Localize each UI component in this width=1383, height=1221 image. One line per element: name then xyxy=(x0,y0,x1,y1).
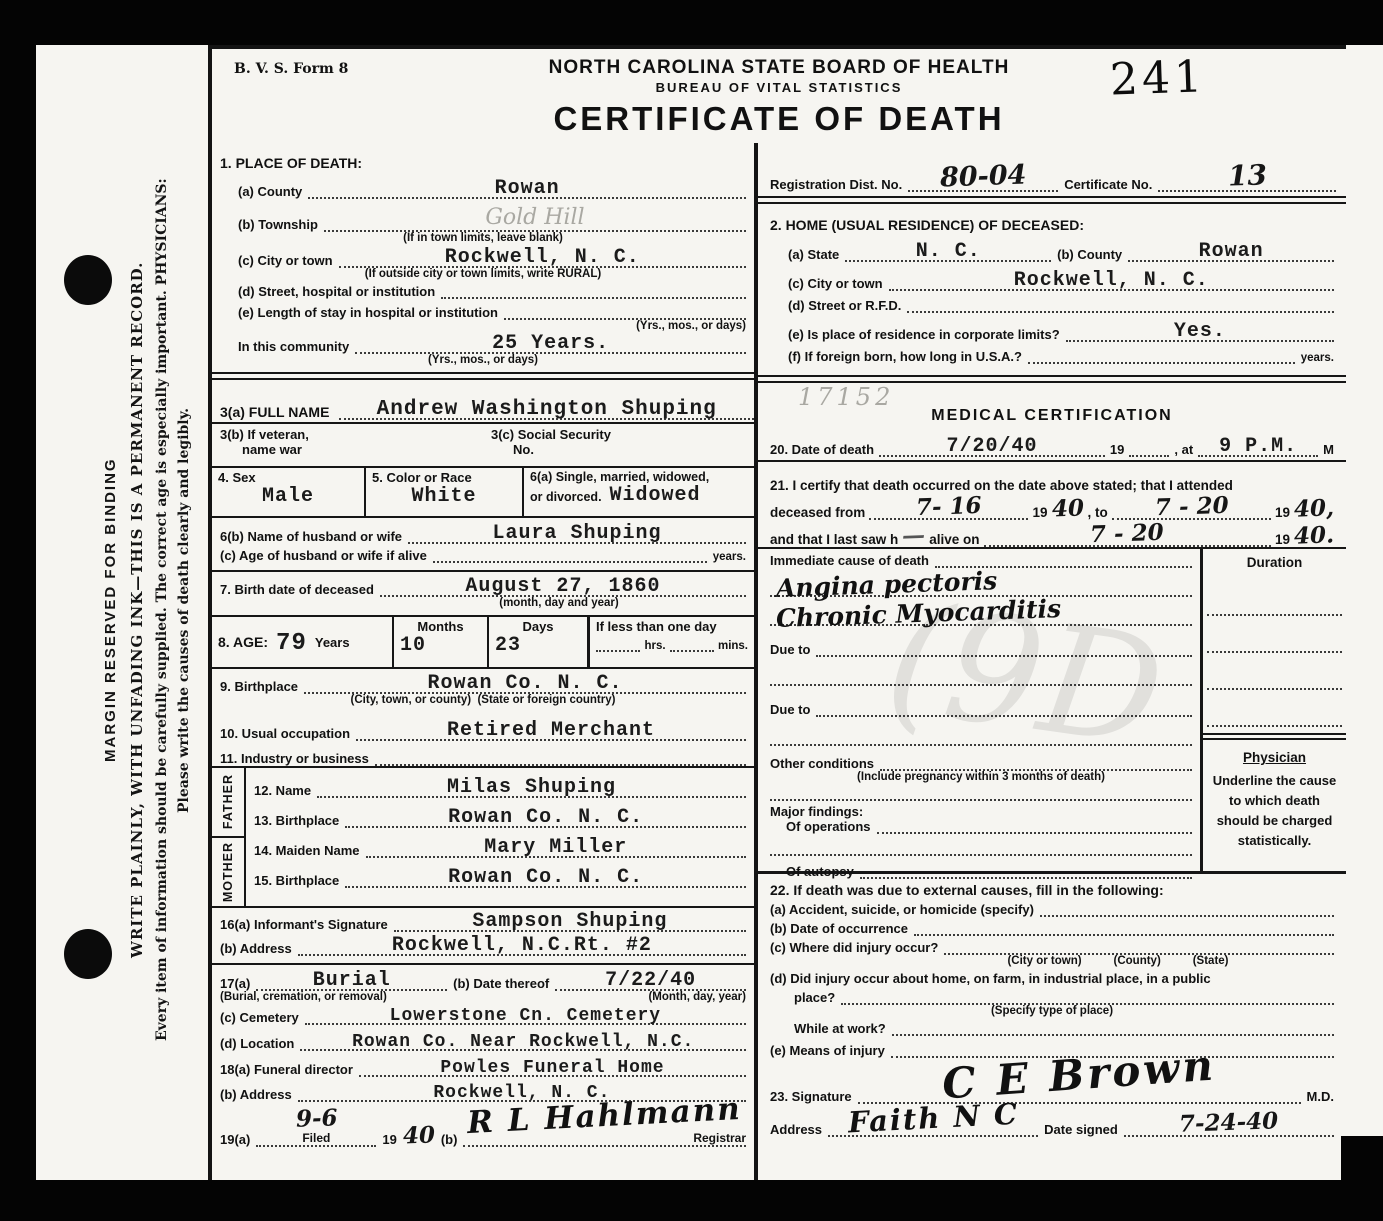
other-conditions-hint: (Include pregnancy within 3 months of de… xyxy=(857,771,1105,783)
father-name-field: Milas Shuping xyxy=(317,776,746,798)
cemetery-label: (c) Cemetery xyxy=(220,1010,299,1025)
certificate-form: B. V. S. Form 8 NORTH CAROLINA STATE BOA… xyxy=(208,45,1346,1180)
date-signed-label: Date signed xyxy=(1044,1122,1118,1137)
last-saw-field: 7 - 20 xyxy=(984,522,1271,547)
duration-physician-box: Duration Physician Underline the cause t… xyxy=(1200,549,1346,871)
burial-date-field: 7/22/40 xyxy=(555,969,746,991)
age-label: 8. AGE: xyxy=(218,634,268,650)
md-label: M.D. xyxy=(1307,1089,1334,1104)
stay-field xyxy=(504,306,746,320)
divider xyxy=(212,372,754,380)
home-foreign-suffix: years. xyxy=(1301,352,1334,364)
father-birthplace-field: Rowan Co. N. C. xyxy=(345,806,746,828)
father-birthplace-label: 13. Birthplace xyxy=(254,813,339,828)
home-street-field xyxy=(907,299,1334,313)
certify-line1: 21. I certify that death occurred on the… xyxy=(770,478,1233,493)
burial-block: 17(a) Burial (b) Date thereof 7/22/40 (B… xyxy=(212,963,754,1147)
mother-side-label: MOTHER xyxy=(221,842,235,902)
duration-heading: Duration xyxy=(1203,549,1346,570)
pencil-number-row: 17152 xyxy=(758,383,1346,407)
city-label: (c) City or town xyxy=(238,253,333,268)
veteran-label: 3(b) If veteran, xyxy=(220,427,475,442)
home-street-label: (d) Street or R.F.D. xyxy=(788,298,901,313)
form-header: B. V. S. Form 8 NORTH CAROLINA STATE BOA… xyxy=(212,49,1346,143)
burial-date-hint: (Month, day, year) xyxy=(648,991,746,1003)
birth-label: 7. Birth date of deceased xyxy=(220,582,374,597)
community-field: 25 Years. xyxy=(355,332,746,354)
physician-signature-field: C E Brown xyxy=(858,1068,1301,1104)
home-city-field: Rockwell, N. C. xyxy=(889,269,1334,291)
physician-address: Faith N C xyxy=(847,1104,1019,1133)
filed-year-value: 40 xyxy=(402,1123,435,1147)
mother-name-label: 14. Maiden Name xyxy=(254,843,360,858)
certificate-title: CERTIFICATE OF DEATH xyxy=(212,100,1346,138)
certificate-no-field: 13 xyxy=(1158,162,1336,192)
registration-row: Registration Dist. No. 80-04 Certificate… xyxy=(758,143,1346,196)
home-foreign-label: (f) If foreign born, how long in U.S.A.? xyxy=(788,349,1022,364)
date-of-death-row: 20. Date of death 7/20/40 19 , at 9 P.M.… xyxy=(758,433,1346,462)
township-hint: (If in town limits, leave blank) xyxy=(403,232,563,244)
location-label: (d) Location xyxy=(220,1036,294,1051)
county-field: Rowan xyxy=(308,177,746,199)
street-label: (d) Street, hospital or institution xyxy=(238,284,435,299)
filed-label: Filed xyxy=(256,1131,376,1145)
attended-from-field: 7- 16 xyxy=(869,495,1028,520)
home-foreign-field xyxy=(1028,350,1295,364)
community-label: In this community xyxy=(238,339,349,354)
age-months-unit: Months xyxy=(400,619,481,634)
time-of-death-field: 9 P.M. xyxy=(1198,435,1318,457)
section-place-of-death: 1. PLACE OF DEATH: (a) County Rowan (b) … xyxy=(212,143,754,372)
physician-note: Underline the cause to which death shoul… xyxy=(1203,765,1346,852)
divider xyxy=(758,196,1346,204)
mother-birthplace-label: 15. Birthplace xyxy=(254,873,339,888)
scan-corner-notch xyxy=(1341,1136,1383,1180)
birth-date-row: 7. Birth date of deceased August 27, 186… xyxy=(212,570,754,615)
community-hint: (Yrs., mos., or days) xyxy=(428,354,538,366)
informant-rows: 16(a) Informant's Signature Sampson Shup… xyxy=(212,906,754,963)
due-to-1-label: Due to xyxy=(770,642,810,657)
age-less-label: If less than one day xyxy=(596,619,748,634)
home-county-label: (b) County xyxy=(1057,247,1122,262)
filed-b-label: (b) xyxy=(441,1132,458,1147)
margin-note-legibly: Please write the causes of death clearly… xyxy=(176,75,192,1145)
father-side-label: FATHER xyxy=(221,774,235,829)
industry-label: 11. Industry or business xyxy=(220,751,369,766)
other-conditions-label: Other conditions xyxy=(770,756,874,771)
right-column: Registration Dist. No. 80-04 Certificate… xyxy=(758,143,1346,1180)
registration-dist-field: 80-04 xyxy=(908,163,1058,192)
birthplace-field: Rowan Co. N. C. xyxy=(304,672,746,694)
age-mins: mins. xyxy=(718,640,748,652)
informant-signature-label: 16(a) Informant's Signature xyxy=(220,917,388,932)
due-to-2-label: Due to xyxy=(770,702,810,717)
funeral-director-field: Powles Funeral Home xyxy=(359,1057,746,1077)
veteran-row: 3(b) If veteran, name war 3(c) Social Se… xyxy=(212,422,754,466)
father-name-label: 12. Name xyxy=(254,783,311,798)
external-c-label: (c) Where did injury occur? xyxy=(770,940,938,955)
signature-address-field: Faith N C xyxy=(828,1110,1038,1137)
home-city-label: (c) City or town xyxy=(788,276,883,291)
sex-race-marital-row: 4. Sex Male 5. Color or Race White 6(a) … xyxy=(212,466,754,516)
race-label: 5. Color or Race xyxy=(372,470,516,485)
cause-line-2: Chronic Myocarditis xyxy=(770,597,1192,626)
home-state-field: N. C. xyxy=(845,240,1051,262)
external-heading: 22. If death was due to external causes,… xyxy=(770,882,1164,898)
autopsy-label: Of autopsy xyxy=(786,864,854,879)
external-work-label: While at work? xyxy=(794,1021,886,1036)
industry-field xyxy=(375,752,746,766)
age-years-value: 79 xyxy=(276,632,307,656)
attended-to-field: 7 - 20 xyxy=(1112,495,1271,520)
full-name-label: 3(a) FULL NAME xyxy=(220,404,329,420)
funeral-address-label: (b) Address xyxy=(220,1087,292,1102)
age-row: 8. AGE: 79 Years Months 10 Days 23 xyxy=(212,615,754,667)
township-label: (b) Township xyxy=(238,217,318,232)
stamp-number: 241 xyxy=(1109,51,1207,105)
spouse-age-field xyxy=(433,549,707,563)
marital-label: 6(a) Single, married, widowed, xyxy=(530,470,748,484)
home-corporate-field: Yes. xyxy=(1066,320,1334,342)
age-days-value: 23 xyxy=(495,634,521,657)
mother-name-field: Mary Miller xyxy=(366,836,747,858)
home-corporate-label: (e) Is place of residence in corporate l… xyxy=(788,327,1060,342)
external-d-hint: (Specify type of place) xyxy=(991,1005,1113,1017)
burial-type-field: Burial xyxy=(256,969,447,991)
burial-num: 17(a) xyxy=(220,976,250,991)
location-field: Rowan Co. Near Rockwell, N.C. xyxy=(300,1031,746,1051)
signature-address-label: Address xyxy=(770,1122,822,1137)
physician-signature: C E Brown xyxy=(941,1050,1216,1098)
certificate-paper: MARGIN RESERVED FOR BINDING WRITE PLAINL… xyxy=(36,45,1383,1180)
physician-signature-block: 23. Signature C E Brown M.D. Address Fai… xyxy=(758,1068,1346,1137)
age-hrs: hrs. xyxy=(644,640,665,652)
filed-row: 19(a) 9-6 Filed 19 40 (b) R L Hahlmann R… xyxy=(212,1102,754,1147)
certify-block: 21. I certify that death occurred on the… xyxy=(758,462,1346,547)
mother-birthplace-field: Rowan Co. N. C. xyxy=(345,866,746,888)
county-label: (a) County xyxy=(238,184,302,199)
certificate-no-label: Certificate No. xyxy=(1064,177,1152,192)
occupation-row: 10. Usual occupation Retired Merchant xyxy=(212,710,754,741)
full-name-row: 3(a) FULL NAME Andrew Washington Shuping xyxy=(212,380,754,422)
cause-line-1: Angina pectoris xyxy=(770,568,1192,597)
filed-year-pre: 19 xyxy=(382,1132,396,1147)
divider xyxy=(758,375,1346,383)
pencil-number: 17152 xyxy=(798,383,894,411)
physician-heading: Physician xyxy=(1203,750,1346,765)
section-home: 2. HOME (USUAL RESIDENCE) OF DECEASED: (… xyxy=(758,204,1346,375)
informant-address-label: (b) Address xyxy=(220,941,292,956)
date-signed-field: 7-24-40 xyxy=(1124,1111,1334,1137)
cause-of-death-area: (9D Immediate cause of death Angina pect… xyxy=(758,547,1346,871)
external-b-label: (b) Date of occurrence xyxy=(770,921,908,936)
birth-field: August 27, 1860 xyxy=(380,575,746,597)
age-months-value: 10 xyxy=(400,634,426,657)
spouse-age-suffix: years. xyxy=(713,551,746,563)
parents-block: FATHER MOTHER 12. Name Milas Shuping 13.… xyxy=(212,766,754,906)
funeral-director-label: 18(a) Funeral director xyxy=(220,1062,353,1077)
spouse-name-label: 6(b) Name of husband or wife xyxy=(220,529,402,544)
immediate-cause-label: Immediate cause of death xyxy=(770,553,929,568)
birthplace-row: 9. Birthplace Rowan Co. N. C. (City, tow… xyxy=(212,667,754,710)
spouse-rows: 6(b) Name of husband or wife Laura Shupi… xyxy=(212,516,754,570)
scanned-death-certificate: MARGIN RESERVED FOR BINDING WRITE PLAINL… xyxy=(0,0,1383,1221)
operations-label: Of operations xyxy=(786,819,871,834)
sex-label: 4. Sex xyxy=(218,470,358,485)
birthplace-hint: (City, town, or county) (State or foreig… xyxy=(351,694,616,706)
place-heading: 1. PLACE OF DEATH: xyxy=(220,155,362,171)
birthplace-label: 9. Birthplace xyxy=(220,679,298,694)
burial-date-label: (b) Date thereof xyxy=(453,976,549,991)
external-d-label: (d) Did injury occur about home, on farm… xyxy=(770,971,1211,986)
informant-signature-field: Sampson Shuping xyxy=(394,910,746,932)
date-of-death-label: 20. Date of death xyxy=(770,442,874,457)
informant-address-field: Rockwell, N.C.Rt. #2 xyxy=(298,934,746,956)
margin-note-binding: MARGIN RESERVED FOR BINDING xyxy=(102,75,119,1145)
full-name-field: Andrew Washington Shuping xyxy=(339,397,754,420)
burial-type-hint: (Burial, cremation, or removal) xyxy=(220,991,387,1003)
occupation-label: 10. Usual occupation xyxy=(220,726,350,741)
external-e-label: (e) Means of injury xyxy=(770,1043,885,1058)
age-days-unit: Days xyxy=(495,619,581,634)
township-field: Gold Hill xyxy=(324,205,746,232)
sex-value: Male xyxy=(262,485,314,508)
spouse-name-field: Laura Shuping xyxy=(408,522,746,544)
home-state-label: (a) State xyxy=(788,247,839,262)
occupation-field: Retired Merchant xyxy=(356,719,746,741)
city-field: Rockwell, N. C. xyxy=(339,246,746,268)
birth-hint: (month, day and year) xyxy=(499,597,619,609)
home-county-field: Rowan xyxy=(1128,240,1334,262)
age-years-unit: Years xyxy=(315,635,350,650)
industry-row: 11. Industry or business xyxy=(212,741,754,766)
external-a-label: (a) Accident, suicide, or homicide (spec… xyxy=(770,902,1034,917)
city-hint: (If outside city or town limits, write R… xyxy=(365,268,601,280)
stay-hint: (Yrs., mos., or days) xyxy=(636,320,746,332)
filed-date-field: 9-6 Filed xyxy=(256,1107,376,1147)
street-field xyxy=(441,285,746,299)
race-value: White xyxy=(411,485,476,508)
date-of-death-field: 7/20/40 xyxy=(879,435,1105,457)
major-findings-label: Major findings: xyxy=(770,804,863,819)
left-column: 1. PLACE OF DEATH: (a) County Rowan (b) … xyxy=(212,143,758,1180)
registration-dist-label: Registration Dist. No. xyxy=(770,177,902,192)
external-c-hint: (City or town) (County) (State) xyxy=(1007,955,1228,967)
margin-note-permanent: WRITE PLAINLY, WITH UNFADING INK—THIS IS… xyxy=(128,75,146,1145)
home-heading: 2. HOME (USUAL RESIDENCE) OF DECEASED: xyxy=(770,217,1084,233)
registrar-signature-field: R L Hahlmann Registrar xyxy=(463,1104,746,1147)
marital-value: Widowed xyxy=(610,486,701,506)
stay-label: (e) Length of stay in hospital or instit… xyxy=(238,305,498,320)
signature-label: 23. Signature xyxy=(770,1089,852,1104)
section-external-causes: 22. If death was due to external causes,… xyxy=(758,871,1346,1058)
margin-note-supplied: Every item of information should be care… xyxy=(154,75,170,1145)
spouse-age-label: (c) Age of husband or wife if alive xyxy=(220,548,427,563)
cemetery-field: Lowerstone Cn. Cemetery xyxy=(305,1005,746,1025)
filed-num: 19(a) xyxy=(220,1132,250,1147)
ssn-label: 3(c) Social Security xyxy=(491,427,746,442)
